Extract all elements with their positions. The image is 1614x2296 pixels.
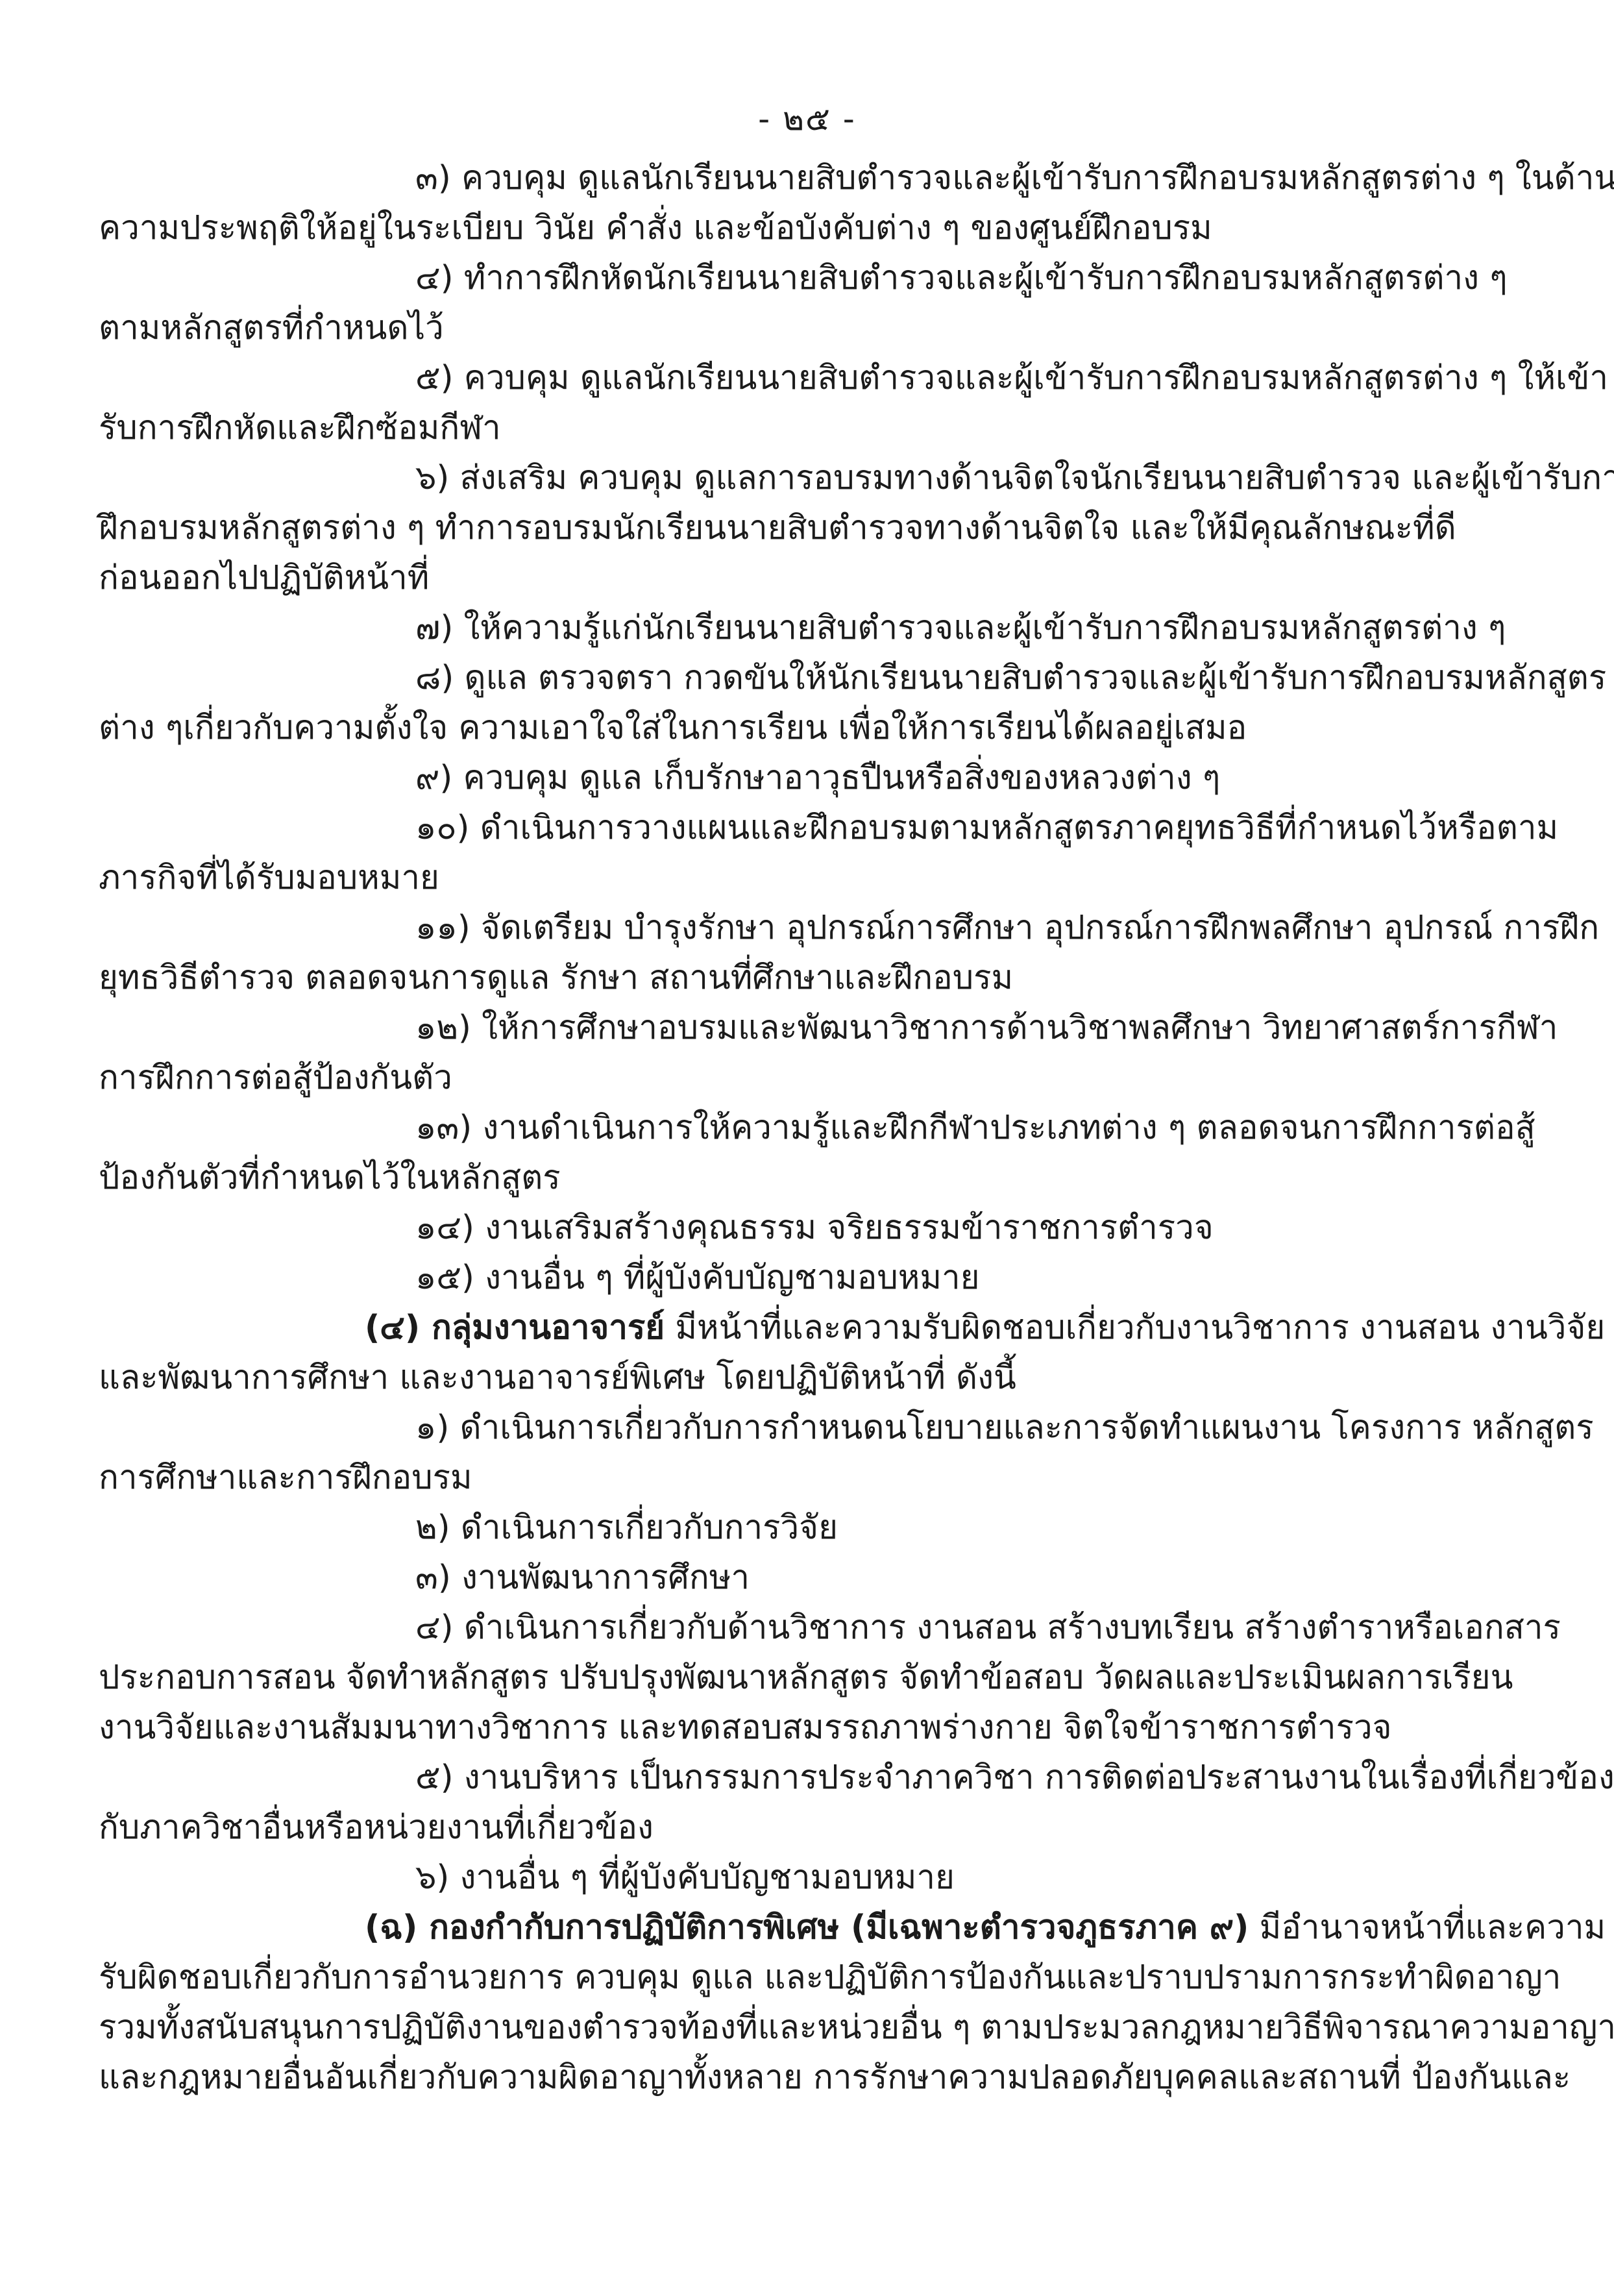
text-run: รวมทั้งสนับสนุนการปฏิบัติงานของตำรวจท้อง… xyxy=(99,2008,1614,2047)
paragraph: ๓) งานพัฒนาการศึกษา xyxy=(99,1553,1526,1603)
text-run: ความประพฤติให้อยู่ในระเบียบ วินัย คำสั่ง… xyxy=(99,209,1212,247)
paragraph: ๕) ควบคุม ดูแลนักเรียนนายสิบตำรวจและผู้เ… xyxy=(99,353,1526,453)
text-run: ต่าง ๆเกี่ยวกับความตั้งใจ ความเอาใจใส่ใน… xyxy=(99,709,1247,747)
text-run: รับการฝึกหัดและฝึกซ้อมกีฬา xyxy=(99,409,501,447)
text-run: ก่อนออกไปปฏิบัติหน้าที่ xyxy=(99,559,429,597)
text-line: ตามหลักสูตรที่กำหนดไว้ xyxy=(99,303,1526,353)
text-run: ๗) ให้ความรู้แก่นักเรียนนายสิบตำรวจและผู… xyxy=(415,609,1506,647)
text-run: ๑๔) งานเสริมสร้างคุณธรรม จริยธรรมข้าราชก… xyxy=(415,1209,1214,1247)
text-run: ๑๕) งานอื่น ๆ ที่ผู้บังคับบัญชามอบหมาย xyxy=(415,1259,980,1297)
text-run: ตามหลักสูตรที่กำหนดไว้ xyxy=(99,309,444,347)
bold-text-run: (ฉ) กองกำกับการปฏิบัติการพิเศษ (มีเฉพาะต… xyxy=(365,1908,1249,1947)
text-line: รับผิดชอบเกี่ยวกับการอำนวยการ ควบคุม ดูแ… xyxy=(99,1953,1526,2003)
paragraph: ๙) ควบคุม ดูแล เก็บรักษาอาวุธปืนหรือสิ่ง… xyxy=(99,753,1526,803)
text-line: และกฎหมายอื่นอันเกี่ยวกับความผิดอาญาทั้ง… xyxy=(99,2053,1526,2103)
paragraph: ๔) ดำเนินการเกี่ยวกับด้านวิชาการ งานสอน … xyxy=(99,1603,1526,1753)
text-run: ยุทธวิธีตำรวจ ตลอดจนการดูแล รักษา สถานที… xyxy=(99,959,1013,997)
text-run: ๙) ควบคุม ดูแล เก็บรักษาอาวุธปืนหรือสิ่ง… xyxy=(415,759,1220,797)
paragraph: ๑๔) งานเสริมสร้างคุณธรรม จริยธรรมข้าราชก… xyxy=(99,1203,1526,1253)
text-line: การฝึกการต่อสู้ป้องกันตัว xyxy=(99,1053,1526,1103)
paragraph: ๖) งานอื่น ๆ ที่ผู้บังคับบัญชามอบหมาย xyxy=(99,1853,1526,1903)
text-run: ๑) ดำเนินการเกี่ยวกับการกำหนดนโยบายและกา… xyxy=(415,1409,1594,1447)
text-run: ๑๐) ดำเนินการวางแผนและฝึกอบรมตามหลักสูตร… xyxy=(415,809,1558,847)
text-line: ๒) ดำเนินการเกี่ยวกับการวิจัย xyxy=(99,1503,1526,1553)
text-line: รับการฝึกหัดและฝึกซ้อมกีฬา xyxy=(99,403,1526,453)
text-line: ๑๔) งานเสริมสร้างคุณธรรม จริยธรรมข้าราชก… xyxy=(99,1203,1526,1253)
section-heading-paragraph: (ฉ) กองกำกับการปฏิบัติการพิเศษ (มีเฉพาะต… xyxy=(99,1903,1526,2103)
text-line: ๗) ให้ความรู้แก่นักเรียนนายสิบตำรวจและผู… xyxy=(99,603,1526,653)
text-run: มีหน้าที่และความรับผิดชอบเกี่ยวกับงานวิช… xyxy=(665,1309,1605,1347)
bold-text-run: (๔) กลุ่มงานอาจารย์ xyxy=(365,1309,665,1347)
text-line: ๖) ส่งเสริม ควบคุม ดูแลการอบรมทางด้านจิต… xyxy=(99,453,1526,503)
text-line: ต่าง ๆเกี่ยวกับความตั้งใจ ความเอาใจใส่ใน… xyxy=(99,703,1526,753)
text-run: ๔) ทำการฝึกหัดนักเรียนนายสิบตำรวจและผู้เ… xyxy=(415,259,1508,297)
text-run: และกฎหมายอื่นอันเกี่ยวกับความผิดอาญาทั้ง… xyxy=(99,2058,1571,2097)
text-run: ๑๓) งานดำเนินการให้ความรู้และฝึกกีฬาประเ… xyxy=(415,1109,1535,1147)
text-line: ป้องกันตัวที่กำหนดไว้ในหลักสูตร xyxy=(99,1153,1526,1203)
text-run: การศึกษาและการฝึกอบรม xyxy=(99,1459,472,1497)
text-line: กับภาควิชาอื่นหรือหน่วยงานที่เกี่ยวข้อง xyxy=(99,1803,1526,1853)
text-line: ภารกิจที่ได้รับมอบหมาย xyxy=(99,853,1526,903)
text-line: ๑๒) ให้การศึกษาอบรมและพัฒนาวิชาการด้านวิ… xyxy=(99,1003,1526,1053)
text-line: ๑๕) งานอื่น ๆ ที่ผู้บังคับบัญชามอบหมาย xyxy=(99,1253,1526,1303)
text-run: รับผิดชอบเกี่ยวกับการอำนวยการ ควบคุม ดูแ… xyxy=(99,1958,1561,1997)
paragraph: ๘) ดูแล ตรวจตรา กวดขันให้นักเรียนนายสิบต… xyxy=(99,653,1526,753)
text-run: ๔) ดำเนินการเกี่ยวกับด้านวิชาการ งานสอน … xyxy=(415,1609,1561,1647)
paragraph: ๑๒) ให้การศึกษาอบรมและพัฒนาวิชาการด้านวิ… xyxy=(99,1003,1526,1103)
text-line: ๓) ควบคุม ดูแลนักเรียนนายสิบตำรวจและผู้เ… xyxy=(99,153,1526,203)
text-run: ๖) ส่งเสริม ควบคุม ดูแลการอบรมทางด้านจิต… xyxy=(415,459,1614,497)
text-line: ๕) งานบริหาร เป็นกรรมการประจำภาควิชา การ… xyxy=(99,1753,1526,1803)
text-run: ภารกิจที่ได้รับมอบหมาย xyxy=(99,859,439,897)
paragraph: ๑๓) งานดำเนินการให้ความรู้และฝึกกีฬาประเ… xyxy=(99,1103,1526,1203)
text-line: การศึกษาและการฝึกอบรม xyxy=(99,1453,1526,1503)
text-run: มีอำนาจหน้าที่และความ xyxy=(1249,1908,1606,1947)
document-page: - ๒๕ - ๓) ควบคุม ดูแลนักเรียนนายสิบตำรวจ… xyxy=(0,0,1614,2296)
text-run: การฝึกการต่อสู้ป้องกันตัว xyxy=(99,1059,452,1097)
paragraph: ๑๕) งานอื่น ๆ ที่ผู้บังคับบัญชามอบหมาย xyxy=(99,1253,1526,1303)
text-line: ยุทธวิธีตำรวจ ตลอดจนการดูแล รักษา สถานที… xyxy=(99,953,1526,1003)
text-line: ๑๑) จัดเตรียม บำรุงรักษา อุปกรณ์การศึกษา… xyxy=(99,903,1526,953)
text-line: ก่อนออกไปปฏิบัติหน้าที่ xyxy=(99,553,1526,603)
paragraph: ๒) ดำเนินการเกี่ยวกับการวิจัย xyxy=(99,1503,1526,1553)
document-body: ๓) ควบคุม ดูแลนักเรียนนายสิบตำรวจและผู้เ… xyxy=(99,153,1526,2103)
text-line: และพัฒนาการศึกษา และงานอาจารย์พิเศษ โดยป… xyxy=(99,1353,1526,1403)
text-run: และพัฒนาการศึกษา และงานอาจารย์พิเศษ โดยป… xyxy=(99,1359,1016,1397)
text-line: งานวิจัยและงานสัมมนาทางวิชาการ และทดสอบส… xyxy=(99,1703,1526,1753)
text-run: ๖) งานอื่น ๆ ที่ผู้บังคับบัญชามอบหมาย xyxy=(415,1858,955,1897)
text-line: ๖) งานอื่น ๆ ที่ผู้บังคับบัญชามอบหมาย xyxy=(99,1853,1526,1903)
text-line: (ฉ) กองกำกับการปฏิบัติการพิเศษ (มีเฉพาะต… xyxy=(99,1903,1526,1953)
text-run: ๑๑) จัดเตรียม บำรุงรักษา อุปกรณ์การศึกษา… xyxy=(415,909,1599,947)
paragraph: ๑) ดำเนินการเกี่ยวกับการกำหนดนโยบายและกา… xyxy=(99,1403,1526,1503)
text-run: ประกอบการสอน จัดทำหลักสูตร ปรับปรุงพัฒนา… xyxy=(99,1659,1513,1697)
text-line: ๘) ดูแล ตรวจตรา กวดขันให้นักเรียนนายสิบต… xyxy=(99,653,1526,703)
paragraph: ๓) ควบคุม ดูแลนักเรียนนายสิบตำรวจและผู้เ… xyxy=(99,153,1526,253)
text-line: ๑๐) ดำเนินการวางแผนและฝึกอบรมตามหลักสูตร… xyxy=(99,803,1526,853)
text-run: งานวิจัยและงานสัมมนาทางวิชาการ และทดสอบส… xyxy=(99,1709,1392,1747)
text-line: ประกอบการสอน จัดทำหลักสูตร ปรับปรุงพัฒนา… xyxy=(99,1653,1526,1703)
text-line: ๓) งานพัฒนาการศึกษา xyxy=(99,1553,1526,1603)
text-line: ๑๓) งานดำเนินการให้ความรู้และฝึกกีฬาประเ… xyxy=(99,1103,1526,1153)
text-run: กับภาควิชาอื่นหรือหน่วยงานที่เกี่ยวข้อง xyxy=(99,1808,654,1847)
section-heading-paragraph: (๔) กลุ่มงานอาจารย์ มีหน้าที่และความรับผ… xyxy=(99,1303,1526,1403)
text-run: ๕) งานบริหาร เป็นกรรมการประจำภาควิชา การ… xyxy=(415,1759,1614,1797)
text-line: ๔) ทำการฝึกหัดนักเรียนนายสิบตำรวจและผู้เ… xyxy=(99,253,1526,303)
text-run: ป้องกันตัวที่กำหนดไว้ในหลักสูตร xyxy=(99,1159,561,1197)
paragraph: ๔) ทำการฝึกหัดนักเรียนนายสิบตำรวจและผู้เ… xyxy=(99,253,1526,353)
text-run: ๘) ดูแล ตรวจตรา กวดขันให้นักเรียนนายสิบต… xyxy=(415,659,1606,697)
text-line: ๔) ดำเนินการเกี่ยวกับด้านวิชาการ งานสอน … xyxy=(99,1603,1526,1653)
paragraph: ๕) งานบริหาร เป็นกรรมการประจำภาควิชา การ… xyxy=(99,1753,1526,1853)
text-run: ๓) งานพัฒนาการศึกษา xyxy=(415,1559,750,1597)
text-run: ๒) ดำเนินการเกี่ยวกับการวิจัย xyxy=(415,1509,838,1547)
text-line: ๕) ควบคุม ดูแลนักเรียนนายสิบตำรวจและผู้เ… xyxy=(99,353,1526,403)
text-line: ๙) ควบคุม ดูแล เก็บรักษาอาวุธปืนหรือสิ่ง… xyxy=(99,753,1526,803)
text-line: (๔) กลุ่มงานอาจารย์ มีหน้าที่และความรับผ… xyxy=(99,1303,1526,1353)
text-run: ๑๒) ให้การศึกษาอบรมและพัฒนาวิชาการด้านวิ… xyxy=(415,1009,1558,1047)
text-run: ๓) ควบคุม ดูแลนักเรียนนายสิบตำรวจและผู้เ… xyxy=(415,159,1614,197)
text-run: ฝึกอบรมหลักสูตรต่าง ๆ ทำการอบรมนักเรียนน… xyxy=(99,509,1456,547)
paragraph: ๖) ส่งเสริม ควบคุม ดูแลการอบรมทางด้านจิต… xyxy=(99,453,1526,603)
text-line: ความประพฤติให้อยู่ในระเบียบ วินัย คำสั่ง… xyxy=(99,203,1526,253)
text-line: ฝึกอบรมหลักสูตรต่าง ๆ ทำการอบรมนักเรียนน… xyxy=(99,503,1526,553)
text-line: รวมทั้งสนับสนุนการปฏิบัติงานของตำรวจท้อง… xyxy=(99,2003,1526,2053)
paragraph: ๗) ให้ความรู้แก่นักเรียนนายสิบตำรวจและผู… xyxy=(99,603,1526,653)
paragraph: ๑๐) ดำเนินการวางแผนและฝึกอบรมตามหลักสูตร… xyxy=(99,803,1526,903)
text-run: ๕) ควบคุม ดูแลนักเรียนนายสิบตำรวจและผู้เ… xyxy=(415,359,1608,397)
page-number: - ๒๕ - xyxy=(0,96,1614,142)
text-line: ๑) ดำเนินการเกี่ยวกับการกำหนดนโยบายและกา… xyxy=(99,1403,1526,1453)
paragraph: ๑๑) จัดเตรียม บำรุงรักษา อุปกรณ์การศึกษา… xyxy=(99,903,1526,1003)
